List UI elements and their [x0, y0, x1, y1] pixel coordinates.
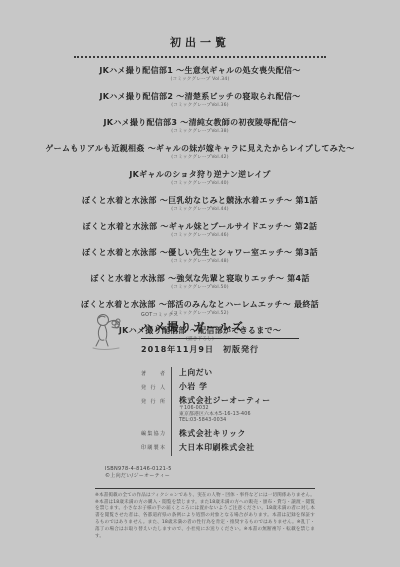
- publication-entry-source: (コミックグレープVol.46): [0, 233, 400, 239]
- publication-entry-source: (コミックグレープ Vol.34): [0, 77, 400, 83]
- legal-notice: ※本書掲載の全ての作品はフィクションであり、実在の人物・団体・事件などには一切関…: [95, 493, 315, 541]
- publication-entry: ぼくと水着と水泳部 〜ギャル妹とプールサイドエッチ〜 第2話 (コミックグレープ…: [0, 222, 400, 239]
- publication-entry: JKギャルのショタ狩り逆ナン逆レイプ (コミックグレープVol.40): [0, 170, 400, 187]
- publication-entry-source: (コミックグレープVol.44): [0, 207, 400, 213]
- credit-row-publisher: 発行人 小岩 学: [141, 381, 315, 395]
- publication-entry-source: (コミックグレープVol.48): [0, 259, 400, 265]
- title-block: GOTコミックス ハメ撮りガールズ 2018年11月9日 初版発行: [141, 311, 315, 355]
- isbn-block: ISBN978-4-8146-0121-5 ©上向だい/ジーオーティー: [105, 466, 315, 480]
- publication-entry-source: (コミックグレープVol.38): [0, 129, 400, 135]
- publication-entry: JKハメ撮り配信部2 〜清楚系ビッチの寝取られ配信〜 (コミックグレープVol.…: [0, 92, 400, 109]
- credit-value-cell: 小岩 学: [171, 381, 208, 395]
- publication-entry-title: ぼくと水着と水泳部 〜ギャル妹とプールサイドエッチ〜 第2話: [0, 222, 400, 232]
- publication-entry-source: (コミックグレープVol.36): [0, 103, 400, 109]
- office-name: 株式会社ジーオーティー: [179, 396, 271, 406]
- title-row: GOTコミックス ハメ撮りガールズ 2018年11月9日 初版発行: [95, 311, 315, 355]
- credit-label: 編集協力: [141, 428, 165, 438]
- mascot-doodle-icon: [87, 311, 131, 351]
- publication-entry: ぼくと水着と水泳部 〜優しい先生とシャワー室エッチ〜 第3話 (コミックグレープ…: [0, 248, 400, 265]
- publication-entry-title: ぼくと水着と水泳部 〜強気な先輩と寝取りエッチ〜 第4話: [0, 274, 400, 284]
- publication-entry: ゲームもリアルも近親相姦 〜ギャルの妹が嫁キャラに見えたからレイプしてみた〜 (…: [0, 144, 400, 161]
- publication-entry-title: JKハメ撮り配信部3 〜清純女教師の初夜陵辱配信〜: [0, 118, 400, 128]
- credit-row-editing: 編集協力 株式会社キリック: [141, 428, 315, 442]
- publication-entry-title: JKギャルのショタ狩り逆ナン逆レイプ: [0, 170, 400, 180]
- copyright: ©上向だい/ジーオーティー: [105, 473, 315, 480]
- credit-value-cell: 大日本印刷株式会社: [171, 442, 255, 456]
- publisher-name: 小岩 学: [179, 382, 208, 392]
- printing-company: 大日本印刷株式会社: [179, 443, 255, 453]
- publication-entry-title: ゲームもリアルも近親相姦 〜ギャルの妹が嫁キャラに見えたからレイプしてみた〜: [0, 144, 400, 154]
- colophon-page: 初出一覧 JKハメ撮り配信部1 〜生意気ギャルの処女喪失配信〜 (コミックグレー…: [0, 0, 400, 567]
- publication-entry-title: ぼくと水着と水泳部 〜部活のみんなとハーレムエッチ〜 最終話: [0, 300, 400, 310]
- office-tel: TEL:03-5843-0034: [179, 418, 271, 424]
- first-publication-heading: 初出一覧: [0, 34, 400, 50]
- publication-entry: JKハメ撮り配信部3 〜清純女教師の初夜陵辱配信〜 (コミックグレープVol.3…: [0, 118, 400, 135]
- publication-entry-title: ぼくと水着と水泳部 〜優しい先生とシャワー室エッチ〜 第3話: [0, 248, 400, 258]
- editing-company: 株式会社キリック: [179, 429, 246, 439]
- credit-label: 発行人: [141, 381, 165, 391]
- credit-value-cell: 株式会社ジーオーティー 〒106-0032 東京都港区六本木5-16-13-40…: [171, 395, 271, 428]
- isbn: ISBN978-4-8146-0121-5: [105, 466, 315, 473]
- credit-row-author: 著者 上向だい: [141, 367, 315, 381]
- publication-entry-title: JKハメ撮り配信部2 〜清楚系ビッチの寝取られ配信〜: [0, 92, 400, 102]
- dotted-divider: [74, 56, 326, 58]
- title-underline: [141, 338, 299, 339]
- credit-value-cell: 上向だい: [171, 367, 213, 381]
- credits-table: 著者 上向だい 発行人 小岩 学 発行所 株式会社ジーオーティー 〒106-00…: [141, 367, 315, 456]
- publication-entry: JKハメ撮り配信部1 〜生意気ギャルの処女喪失配信〜 (コミックグレープ Vol…: [0, 66, 400, 83]
- publication-entry: ぼくと水着と水泳部 〜強気な先輩と寝取りエッチ〜 第4話 (コミックグレープVo…: [0, 274, 400, 291]
- edition-date: 2018年11月9日 初版発行: [141, 344, 315, 355]
- credit-label: 印刷製本: [141, 442, 165, 452]
- credit-value-cell: 株式会社キリック: [171, 428, 246, 442]
- publication-entry-title: ぼくと水着と水泳部 〜巨乳幼なじみと競泳水着エッチ〜 第1話: [0, 196, 400, 206]
- credit-label: 発行所: [141, 395, 165, 405]
- publication-entry-source: (コミックグレープVol.42): [0, 155, 400, 161]
- publication-entry: ぼくと水着と水泳部 〜巨乳幼なじみと競泳水着エッチ〜 第1話 (コミックグレープ…: [0, 196, 400, 213]
- book-title: ハメ撮りガールズ: [141, 319, 315, 335]
- first-publication-section: 初出一覧 JKハメ撮り配信部1 〜生意気ギャルの処女喪失配信〜 (コミックグレー…: [0, 0, 400, 343]
- publication-entry-source: (コミックグレープVol.50): [0, 285, 400, 291]
- publication-entry-title: JKハメ撮り配信部1 〜生意気ギャルの処女喪失配信〜: [0, 66, 400, 76]
- credit-label: 著者: [141, 367, 165, 377]
- author-name: 上向だい: [179, 368, 213, 378]
- credit-row-printing: 印刷製本 大日本印刷株式会社: [141, 442, 315, 456]
- series-label: GOTコミックス: [141, 311, 315, 318]
- credit-row-office: 発行所 株式会社ジーオーティー 〒106-0032 東京都港区六本木5-16-1…: [141, 395, 315, 428]
- publication-entry-source: (コミックグレープVol.40): [0, 181, 400, 187]
- notice-divider: [95, 488, 315, 489]
- colophon-section: GOTコミックス ハメ撮りガールズ 2018年11月9日 初版発行 著者 上向だ…: [95, 311, 315, 541]
